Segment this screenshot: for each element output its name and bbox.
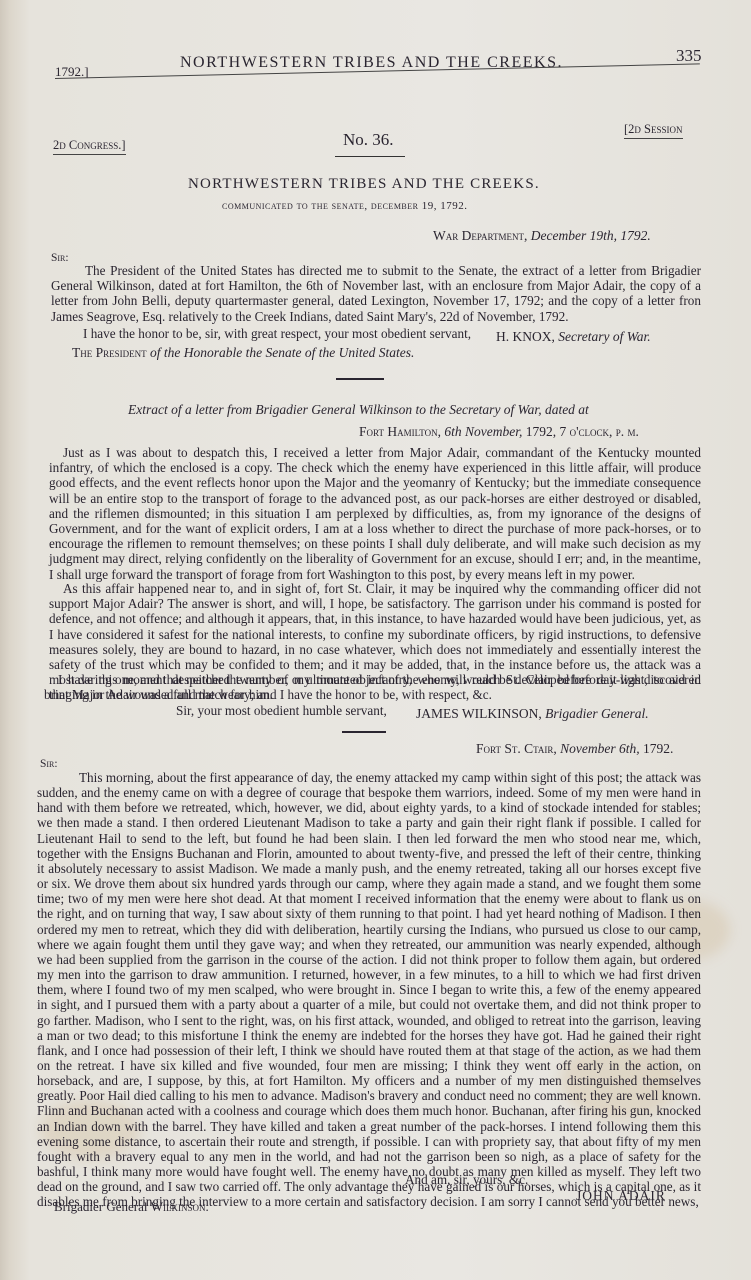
wilkinson-paragraph-3: I have this moment despatched twenty of … [44, 672, 701, 702]
dateline-place: Fort St. Ctair, [476, 741, 557, 756]
knox-signature: H. KNOX, Secretary of War. [496, 329, 651, 345]
dateline-place: Fort Hamilton, [359, 424, 441, 439]
signature-name: JAMES WILKINSON, [416, 706, 542, 721]
adair-closing: And am, sir, yours, &c. [405, 1172, 528, 1188]
adair-body-text: This morning, about the first appearance… [37, 770, 701, 1209]
adair-dateline: Fort St. Ctair, November 6th, 1792. [476, 741, 673, 757]
wilkinson-closing: Sir, your most obedient humble servant, [176, 703, 387, 719]
signature-title: Brigadier General. [545, 706, 649, 721]
dateline-time: 1792, 7 o'clock, p. m. [526, 424, 639, 439]
paragraph-text: I have this moment despatched twenty of … [44, 672, 701, 702]
adair-salutation: Sir: [40, 758, 58, 770]
signature-title: Secretary of War. [558, 329, 650, 344]
congress-label: 2d Congress.] [53, 138, 126, 155]
adair-signature: JOHN ADAIR [576, 1188, 666, 1204]
running-header-title: NORTHWESTERN TRIBES AND THE CREEKS. [180, 54, 563, 72]
wilkinson-paragraph-1: Just as I was about to despatch this, I … [49, 445, 701, 582]
addressee-prefix: Brigadier General [54, 1199, 147, 1214]
addressee-name: Wilkinson. [151, 1199, 209, 1214]
paragraph-text: Just as I was about to despatch this, I … [49, 445, 701, 582]
document-page: 1792.] NORTHWESTERN TRIBES AND THE CREEK… [0, 0, 751, 1280]
knox-body: The President of the United States has d… [51, 263, 701, 324]
addressee-prefix: The President [72, 345, 147, 360]
knox-body-text: The President of the United States has d… [51, 263, 701, 324]
communicated-line: communicated to the senate, december 19,… [222, 200, 468, 212]
adair-body: This morning, about the first appearance… [37, 770, 701, 1210]
dateline-year: 1792. [643, 741, 673, 756]
addressee-rest: of the Honorable the Senate of the Unite… [150, 345, 414, 360]
signature-name: H. KNOX, [496, 329, 555, 344]
section-divider [336, 378, 384, 380]
knox-closing: I have the honor to be, sir, with great … [83, 326, 471, 342]
dateline-date: December 19th, 1792. [531, 228, 651, 243]
dateline-date: 6th November, [444, 424, 522, 439]
dateline-place: War Department, [433, 228, 527, 243]
document-title: NORTHWESTERN TRIBES AND THE CREEKS. [188, 176, 540, 193]
knox-addressee: The President of the Honorable the Senat… [72, 345, 414, 361]
document-number: No. 36. [343, 130, 394, 150]
session-label: [2d Session [624, 122, 683, 139]
wilkinson-dateline: Fort Hamilton, 6th November, 1792, 7 o'c… [359, 424, 639, 440]
section-divider [342, 731, 386, 733]
dateline-date: November 6th, [560, 741, 639, 756]
wilkinson-signature: JAMES WILKINSON, Brigadier General. [416, 706, 649, 722]
knox-dateline: War Department, December 19th, 1792. [433, 228, 651, 244]
adair-addressee: Brigadier General Wilkinson. [54, 1199, 209, 1215]
wilkinson-heading: Extract of a letter from Brigadier Gener… [128, 402, 589, 418]
document-number-rule [335, 156, 405, 157]
